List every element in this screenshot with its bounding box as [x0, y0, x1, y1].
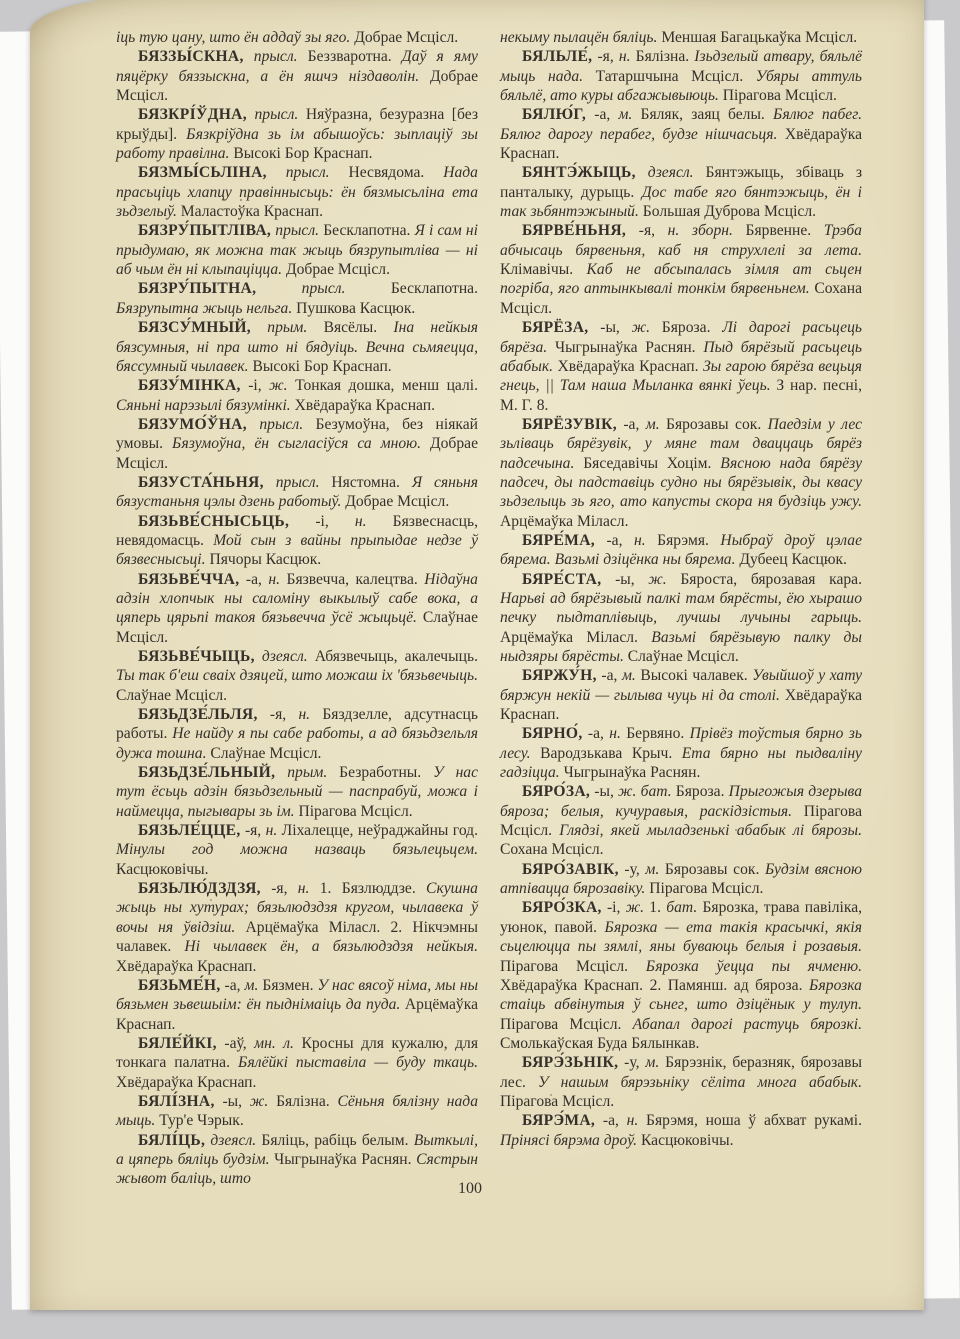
entry-headword: БЯЗМЫ́СЬЛІНА,	[138, 164, 267, 181]
entry-roman-text: -я,	[592, 48, 613, 65]
entry-italic-text: н.	[261, 822, 277, 839]
entry-headword: БЯРО́ЗКА,	[522, 899, 602, 916]
entry-italic-text: ж.	[620, 899, 644, 916]
entry-roman-text: Арцёмаўка Міласл.	[500, 629, 638, 646]
entry-roman-text: -і,	[602, 899, 621, 916]
entry-roman-text: Чыгрынаўка Раснян.	[270, 1151, 412, 1168]
entry-roman-text: Пячоры Касцюк.	[206, 551, 322, 568]
entry-headword: БЯРЭ́ЗЬНІК,	[522, 1054, 618, 1071]
entry-italic-text: Бязрупытна жыць нельга.	[116, 300, 292, 317]
dictionary-entry: БЯЗМЫ́СЬЛІНА, прысл. Несвядома. Нада пра…	[116, 163, 478, 221]
entry-roman-text: Арцёмаўка Міласл.	[500, 513, 628, 530]
entry-roman-text: Пірагова Мсцісл.	[500, 958, 628, 975]
dictionary-entry: БЯРЕ́МА, -а, н. Бярэмя. Ныбраў дроў цэла…	[500, 531, 862, 570]
entry-italic-text: мн. л.	[247, 1035, 294, 1052]
entry-italic-text: Бялёйкі пыставіла — буду ткаць.	[230, 1054, 478, 1071]
dictionary-entry: БЯЗЬЛЮ́ДЗДЗЯ, -я, н. 1. Бязлюддзе. Скушн…	[116, 879, 478, 976]
entry-roman-text: Слаўнае Мсцісл.	[624, 648, 739, 665]
dictionary-entry: БЯЗЬВЕ́СНЫСЬЦЬ, -і, н. Бязвеснасць, невя…	[116, 512, 478, 570]
entry-roman-text: Бярэмя.	[646, 532, 709, 549]
entry-roman-text: Пушкова Касцюк.	[292, 300, 415, 317]
entry-italic-text: ж.	[262, 377, 288, 394]
dictionary-entry: БЯЗУМО́ЎНА, прысл. Безумоўна, без ніякай…	[116, 415, 478, 473]
entry-italic-text: прысл.	[247, 416, 303, 433]
dictionary-entry: БЯРО́ЗКА, -і, ж. 1. бат. Бярозка, трава …	[500, 898, 862, 1053]
entry-roman-text: Бяліць, рабіць белым.	[256, 1132, 408, 1149]
entry-italic-text: Глядзі, якей мыладзенькі абабык лі бяроз…	[552, 822, 862, 839]
entry-italic-text: прысл.	[264, 474, 320, 491]
entry-italic-text: н.	[604, 725, 621, 742]
entry-italic-text: м.	[640, 861, 659, 878]
entry-roman-text: -ы,	[215, 1093, 242, 1110]
entry-italic-text: н.	[614, 48, 631, 65]
entry-italic-text: ж.	[635, 571, 667, 588]
entry-italic-text: н.	[329, 513, 367, 530]
entry-italic-text: Ты так б'еш сваіх дзяцей, што можаш іх '…	[116, 667, 478, 684]
entry-roman-text: Абязвечыць, акалечыць.	[308, 648, 478, 665]
entry-italic-text: дзеясл.	[255, 648, 308, 665]
entry-roman-text: Хвёдараўка Краснап.	[116, 1074, 256, 1091]
entry-headword: БЯЗУСТА́НЬНЯ,	[138, 474, 264, 491]
entry-italic-text: некыму пылацён бяліць.	[500, 29, 657, 46]
entry-roman-text: Хвёдараўка Краснап.	[291, 397, 435, 414]
entry-headword: БЯЗЬМЕ́Н,	[138, 977, 221, 994]
entry-roman-text: Хвёдараўка Краснап.	[116, 958, 256, 975]
entry-headword: БЯЗЬВЕ́СНЫСЬЦЬ,	[138, 513, 289, 530]
entry-roman-text: -а,	[595, 1112, 619, 1129]
entry-roman-text: -а,	[597, 667, 618, 684]
entry-roman-text: -і,	[241, 377, 262, 394]
dictionary-entry: БЯЗЬВЕ́ЧЫЦЬ, дзеясл. Абязвечыць, акалечы…	[116, 647, 478, 705]
entry-italic-text: Мінулы год можна назваць бязьлецьцем.	[116, 841, 478, 858]
entry-italic-text: ж.	[242, 1093, 268, 1110]
entry-italic-text: прысл.	[271, 222, 319, 239]
entry-headword: БЯРНО́,	[522, 725, 583, 742]
entry-roman-text: -а,	[586, 106, 610, 123]
entry-headword: БЯРВЕ́НЬНЯ,	[522, 222, 626, 239]
entry-headword: БЯЗЬДЗЕ́ЛЬНЫЙ,	[138, 764, 275, 781]
entry-roman-text: Слаўнае Мсцісл.	[206, 745, 321, 762]
entry-roman-text: Высокі Бор Краснап.	[249, 358, 392, 375]
entry-italic-text: дзеясл.	[636, 164, 694, 181]
entry-italic-text: н.	[287, 880, 309, 897]
entry-roman-text: -я,	[258, 706, 287, 723]
page-number: 100	[30, 1180, 910, 1198]
entry-italic-text: прысл.	[244, 48, 298, 65]
entry-italic-text: м.	[610, 106, 632, 123]
entry-italic-text: Прінясі бярэма дроў.	[500, 1132, 637, 1149]
entry-headword: БЯЗСУ́МНЫЙ,	[138, 319, 251, 336]
entry-roman-text: Высокі Бор Краснап.	[229, 145, 372, 162]
entry-roman-text: Вясёлы.	[307, 319, 377, 336]
entry-roman-text: Добрае Мсцісл.	[282, 261, 390, 278]
entry-headword: БЯЗЬВЕ́ЧЫЦЬ,	[138, 648, 255, 665]
text-column-right: некыму пылацён бяліць. Меншая Багацькаўк…	[500, 28, 862, 1150]
dictionary-entry: БЯРЁЗА, -ы, ж. Бяроза. Лі дарогі расьцец…	[500, 318, 862, 415]
dictionary-entry: БЯЗКРІ́ЎДНА, прысл. Няўразна, безуразна …	[116, 105, 478, 163]
entry-italic-text: прым.	[251, 319, 307, 336]
entry-roman-text: -ы,	[590, 783, 614, 800]
entry-italic-text: Нарьві ад бярёзывый палкі там бярёсты, ё…	[500, 590, 862, 626]
entry-roman-text: Добрае Мсцісл.	[341, 493, 449, 510]
entry-headword: БЯЗЬЛЕ́ЦЦЕ,	[138, 822, 241, 839]
dictionary-entry: БЯЗУ́МІНКА, -і, ж. Тонкая дошка, менш ца…	[116, 376, 478, 415]
entry-italic-text: м.	[241, 977, 259, 994]
entry-italic-text: У нашым бярэзьніку сёліта многа абабык.	[526, 1074, 862, 1091]
entry-roman-text: 1.	[644, 899, 661, 916]
entry-italic-text: Абапал дарогі растуць бярозкі.	[621, 1016, 862, 1033]
entry-italic-text: н.	[619, 1112, 638, 1129]
entry-roman-text: -я,	[626, 222, 655, 239]
entry-roman-text: -а,	[239, 571, 261, 588]
entry-roman-text: -а,	[583, 725, 604, 742]
entry-roman-text: -а,	[595, 532, 623, 549]
entry-roman-text: Тонкая дошка, менш цалі.	[288, 377, 478, 394]
entry-headword: БЯЗУМО́ЎНА,	[138, 416, 247, 433]
entry-roman-text: -аў,	[217, 1035, 247, 1052]
entry-roman-text: Беззваротна.	[298, 48, 392, 65]
entry-headword: БЯРЭ́МА,	[522, 1112, 595, 1129]
entry-roman-text: Сохана Мсцісл.	[500, 841, 604, 858]
entry-roman-text: -у,	[619, 861, 640, 878]
entry-italic-text: ж.	[620, 319, 650, 336]
entry-roman-text: 1. Бязлюддзе.	[309, 880, 415, 897]
dictionary-entry: БЯЗСУ́МНЫЙ, прым. Вясёлы. Іна нейкыя бяз…	[116, 318, 478, 376]
entry-roman-text: -у,	[618, 1054, 639, 1071]
entry-roman-text: Бязмен.	[258, 977, 313, 994]
entry-italic-text: прысл.	[247, 106, 298, 123]
entry-roman-text: Добрае Мсцісл.	[350, 29, 458, 46]
entry-roman-text: -я,	[261, 880, 288, 897]
dictionary-entry: БЯЗРУ́ПЫТЛІВА, прысл. Бесклапотна. Я і с…	[116, 221, 478, 279]
entry-italic-text: дзеясл.	[205, 1132, 256, 1149]
entry-headword: БЯНТЭ́ЖЫЦЬ,	[522, 164, 636, 181]
entry-roman-text: Бярэмя, ноша ў абхват рукамі.	[638, 1112, 862, 1129]
entry-italic-text: н.	[286, 706, 310, 723]
entry-italic-text: н.	[622, 532, 645, 549]
entry-roman-text: Несвядома.	[330, 164, 425, 181]
dictionary-entry: БЯНТЭ́ЖЫЦЬ, дзеясл. Бянтэжыць, збіваць з…	[500, 163, 862, 221]
dictionary-entry: БЯРЭ́ЗЬНІК, -у, м. Бярэзнік, беразняк, б…	[500, 1053, 862, 1111]
entry-italic-text: м.	[639, 416, 659, 433]
entry-roman-text: Касцюковічы.	[116, 861, 209, 878]
entry-roman-text: Чыгрынаўка Раснян.	[560, 764, 701, 781]
entry-roman-text: Пірагова Мсцісл.	[645, 880, 763, 897]
entry-headword: БЯЗУ́МІНКА,	[138, 377, 241, 394]
dictionary-entry: БЯЛЮ́Г, -а, м. Бяляк, заяц белы. Бялюг п…	[500, 105, 862, 163]
entry-headword: БЯЗЬДЗЕ́ЛЬЛЯ,	[138, 706, 258, 723]
entry-headword: БЯЛЬЛЕ́,	[522, 48, 592, 65]
entry-roman-text: Тур'е Чэрык.	[155, 1112, 243, 1129]
entry-italic-text: Бязумоўна, ён сыгласіўся са мною.	[163, 435, 421, 452]
entry-headword: БЯЗКРІ́ЎДНА,	[138, 106, 247, 123]
dictionary-entry: БЯРВЕ́НЬНЯ, -я, н. зборн. Бярвенне. Трэб…	[500, 221, 862, 318]
dictionary-entry: БЯЗУСТА́НЬНЯ, прысл. Нястомна. Я сяньня …	[116, 473, 478, 512]
entry-roman-text: -а,	[617, 416, 639, 433]
entry-roman-text: Большая Дуброва Мсцісл.	[639, 203, 816, 220]
dictionary-entry: БЯЗЬМЕ́Н, -а, м. Бязмен. У нас вясоў нім…	[116, 976, 478, 1034]
dictionary-entry: БЯРЁЗУВІК, -а, м. Бярозавы сок. Паедзім …	[500, 415, 862, 531]
dictionary-entry: БЯРЕ́СТА, -ы, ж. Бяроста, бярозавая кара…	[500, 570, 862, 667]
entry-roman-text: Бяроза.	[650, 319, 710, 336]
entry-italic-text: м.	[617, 667, 635, 684]
dictionary-entry: БЯЗЬДЗЕ́ЛЬЛЯ, -я, н. Бяздзелле, адсутнас…	[116, 705, 478, 763]
entry-roman-text: Пірагова Мсцісл.	[295, 803, 413, 820]
entry-headword: БЯРЖУ́Н,	[522, 667, 597, 684]
entry-roman-text: Бесклапотна.	[319, 222, 410, 239]
dictionary-entry: БЯЗЬЛЕ́ЦЦЕ, -я, н. Ліхалецце, неўраджайн…	[116, 821, 478, 879]
entry-italic-text: Ні чылавек ён, а бязьлюдздзя нейкыя.	[171, 938, 478, 955]
entry-headword: БЯРЁЗУВІК,	[522, 416, 617, 433]
entry-italic-text: прым.	[275, 764, 327, 781]
scanned-book-page-screenshot: { "page": { "number": "100", "colors": {…	[0, 0, 960, 1339]
entry-italic-text: бат.	[661, 899, 697, 916]
entry-headword: БЯРЕ́СТА,	[522, 571, 601, 588]
entry-roman-text: Хвёдараўка Краснап. 2. Памянш. ад бяроза…	[500, 977, 802, 994]
entry-roman-text: Бяроза.	[672, 783, 725, 800]
entry-roman-text: Слаўнае Мсцісл.	[116, 687, 227, 704]
dictionary-entry: БЯЗЬВЕ́ЧЧА, -а, н. Бязвечча, калецтва. Н…	[116, 570, 478, 647]
dictionary-entry: БЯЛЬЛЕ́, -я, н. Бялізна. Ізьдзелый атвар…	[500, 47, 862, 105]
entry-headword: БЯЛЕ́ЙКІ,	[138, 1035, 217, 1052]
dictionary-entry: БЯРЭ́МА, -а, н. Бярэмя, ноша ў абхват ру…	[500, 1111, 862, 1150]
entry-roman-text: Маластоўка Краснап.	[177, 203, 323, 220]
dictionary-entry: БЯРНО́, -а, н. Бервяно. Прівёз тоўстыя б…	[500, 724, 862, 782]
entry-headword: БЯЛІ́ЦЬ,	[138, 1132, 205, 1149]
entry-roman-text: Бярозавы сок.	[659, 861, 759, 878]
entry-roman-text: Смолькаўская Буда Бялынкав.	[500, 1035, 699, 1052]
entry-roman-text: Бялізна.	[631, 48, 690, 65]
entry-italic-text: н.	[262, 571, 280, 588]
entry-roman-text: Бесклапотна.	[345, 280, 478, 297]
dictionary-entry: БЯЛЕ́ЙКІ, -аў, мн. л. Кросны для кужалю,…	[116, 1034, 478, 1092]
entry-italic-text: н. зборн.	[655, 222, 733, 239]
entry-roman-text: -ы,	[601, 571, 634, 588]
entry-roman-text: -я,	[241, 822, 262, 839]
entry-roman-text: Касцюковічы.	[637, 1132, 733, 1149]
entry-italic-text: Бярозка ўецца пы ячменю.	[628, 958, 862, 975]
entry-headword: БЯЗЬЛЮ́ДЗДЗЯ,	[138, 880, 261, 897]
entry-italic-text: іць тую цану, што ён аддаў зы яго.	[116, 29, 350, 46]
text-column-left: іць тую цану, што ён аддаў зы яго. Добра…	[116, 28, 478, 1189]
dictionary-entry: БЯРО́ЗА, -ы, ж. бат. Бяроза. Прыгожыя дз…	[500, 782, 862, 859]
dictionary-entry: БЯЗРУ́ПЫТНА, прысл. Бесклапотна. Бязрупы…	[116, 279, 478, 318]
entry-roman-text: Пірагова Мсцісл.	[500, 1016, 621, 1033]
entry-headword: БЯЛЮ́Г,	[522, 106, 586, 123]
entry-italic-text: прысл.	[267, 164, 330, 181]
entry-roman-text: Высокі чалавек.	[636, 667, 748, 684]
entry-roman-text: Татаршчына Мсцісл.	[583, 68, 743, 85]
entry-roman-text: Клімавічы.	[500, 261, 573, 278]
entry-headword: БЯЗЗЫ́СКНА,	[138, 48, 244, 65]
entry-roman-text: -ы,	[588, 319, 619, 336]
entry-roman-text: Безработны.	[327, 764, 421, 781]
entry-roman-text: Меншая Багацькаўка Мсцісл.	[657, 29, 857, 46]
entry-roman-text: Бервяно.	[621, 725, 684, 742]
entry-roman-text: Чыгрынаўка Раснян.	[547, 339, 695, 356]
entry-headword: БЯРЕ́МА,	[522, 532, 595, 549]
entry-headword: БЯЗРУ́ПЫТЛІВА,	[138, 222, 271, 239]
entry-continuation: іць тую цану, што ён аддаў зы яго. Добра…	[116, 28, 478, 47]
entry-roman-text: Нястомна.	[320, 474, 400, 491]
entry-roman-text: Ліхалецце, неўраджайны год.	[277, 822, 478, 839]
entry-italic-text: ж. бат.	[614, 783, 672, 800]
entry-roman-text: Бярвенне.	[733, 222, 811, 239]
dictionary-page: іць тую цану, што ён аддаў зы яго. Добра…	[30, 0, 924, 1310]
dictionary-entry: БЯЗЗЫ́СКНА, прысл. Беззваротна. Даў я ям…	[116, 47, 478, 105]
entry-italic-text: м.	[640, 1054, 660, 1071]
entry-headword: БЯРЁЗА,	[522, 319, 588, 336]
entry-headword: БЯЗРУ́ПЫТНА,	[138, 280, 256, 297]
entry-roman-text: Бяляк, заяц белы.	[632, 106, 765, 123]
entry-italic-text: прысл.	[256, 280, 345, 297]
entry-roman-text: Хвёдараўка Краснап.	[553, 358, 698, 375]
entry-roman-text: Дубеец Касцюк.	[736, 551, 847, 568]
dictionary-entry: БЯРО́ЗАВІК, -у, м. Бярозавы сок. Будзім …	[500, 860, 862, 899]
entry-roman-text: Бялізна.	[268, 1093, 329, 1110]
dictionary-entry: БЯЗЬДЗЕ́ЛЬНЫЙ, прым. Безработны. У нас т…	[116, 763, 478, 821]
entry-roman-text: Вародзькава Крыч.	[531, 745, 673, 762]
entry-headword: БЯЗЬВЕ́ЧЧА,	[138, 571, 239, 588]
dictionary-entry: БЯЛІ́ЗНА, -ы, ж. Бялізна. Сёньня бялізну…	[116, 1092, 478, 1131]
entry-roman-text: Бярозавы сок.	[660, 416, 762, 433]
entry-continuation: некыму пылацён бяліць. Меншая Багацькаўк…	[500, 28, 862, 47]
entry-roman-text: Бяседавічы Хоцім.	[574, 455, 711, 472]
entry-roman-text: Пірагова Мсцісл.	[500, 1093, 614, 1110]
entry-headword: БЯЛІ́ЗНА,	[138, 1093, 215, 1110]
entry-roman-text: -і,	[289, 513, 329, 530]
entry-roman-text: Пірагова Мсцісл.	[719, 87, 837, 104]
entry-headword: БЯРО́ЗА,	[522, 783, 590, 800]
entry-italic-text: Сяньні нарэзылі бязумінкі.	[116, 397, 291, 414]
entry-roman-text: Бяроста, бярозавая кара.	[667, 571, 862, 588]
entry-headword: БЯРО́ЗАВІК,	[522, 861, 619, 878]
dictionary-entry: БЯРЖУ́Н, -а, м. Высокі чалавек. Увыйшоў …	[500, 666, 862, 724]
entry-roman-text: -а,	[221, 977, 241, 994]
entry-roman-text: Бязвечча, калецтва.	[280, 571, 418, 588]
